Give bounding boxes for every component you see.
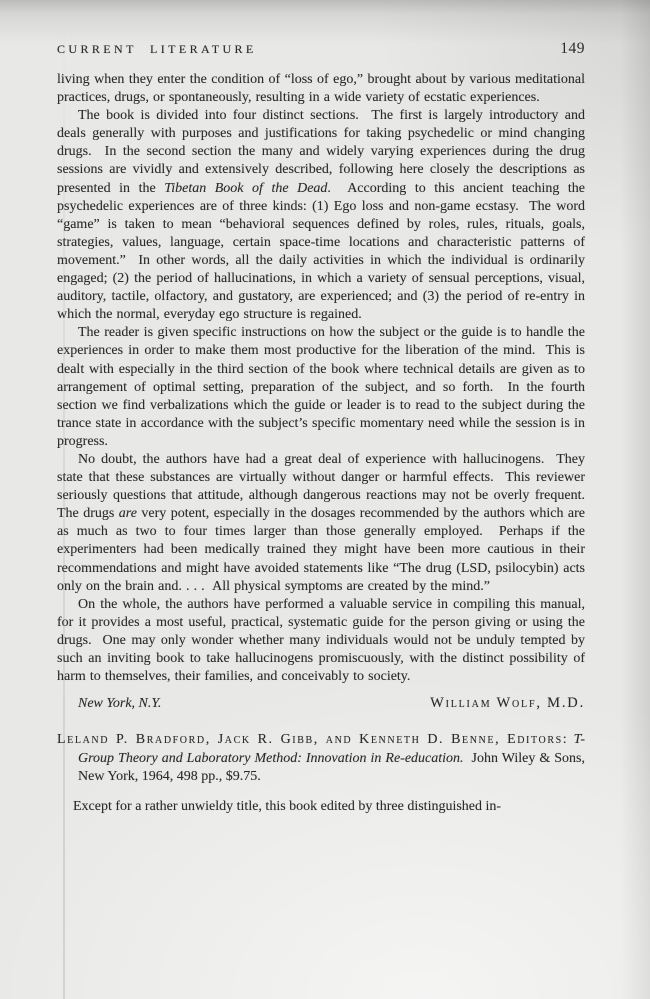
review-paragraph: living when they enter the condition of … xyxy=(57,71,585,107)
signature-author: William Wolf, M.D. xyxy=(430,695,585,712)
review-signature: New York, N.Y. William Wolf, M.D. xyxy=(57,695,585,712)
text-run: . According to this ancient teaching the… xyxy=(57,181,589,323)
book-citation: Leland P. Bradford, Jack R. Gibb, and Ke… xyxy=(57,731,585,787)
text-run: living when they enter the condition of … xyxy=(57,72,589,105)
page-number: 149 xyxy=(560,40,585,58)
smallcaps-run: Leland P. Bradford, Jack R. Gibb, and Ke… xyxy=(57,732,568,747)
scanned-journal-page: CURRENT LITERATURE 149 living when they … xyxy=(0,0,650,999)
review-paragraph: The reader is given specific instruction… xyxy=(57,324,585,451)
running-title: CURRENT LITERATURE xyxy=(57,42,257,57)
text-run: On the whole, the authors have performed… xyxy=(57,597,589,684)
italic-run: are xyxy=(119,506,137,521)
text-run: The reader is given specific instruction… xyxy=(57,325,589,449)
review-text: living when they enter the condition of … xyxy=(57,71,585,686)
text-run: very potent, especially in the dosages r… xyxy=(57,506,589,593)
review-paragraph: The book is divided into four distinct s… xyxy=(57,107,585,324)
signature-place: New York, N.Y. xyxy=(78,696,161,712)
review-paragraph: On the whole, the authors have performed… xyxy=(57,596,585,686)
page-header: CURRENT LITERATURE 149 xyxy=(57,40,585,58)
italic-run: Tibetan Book of the Dead xyxy=(164,181,327,196)
review-paragraph: No doubt, the authors have had a great d… xyxy=(57,451,585,596)
next-review-opening: Except for a rather unwieldy title, this… xyxy=(57,798,585,816)
